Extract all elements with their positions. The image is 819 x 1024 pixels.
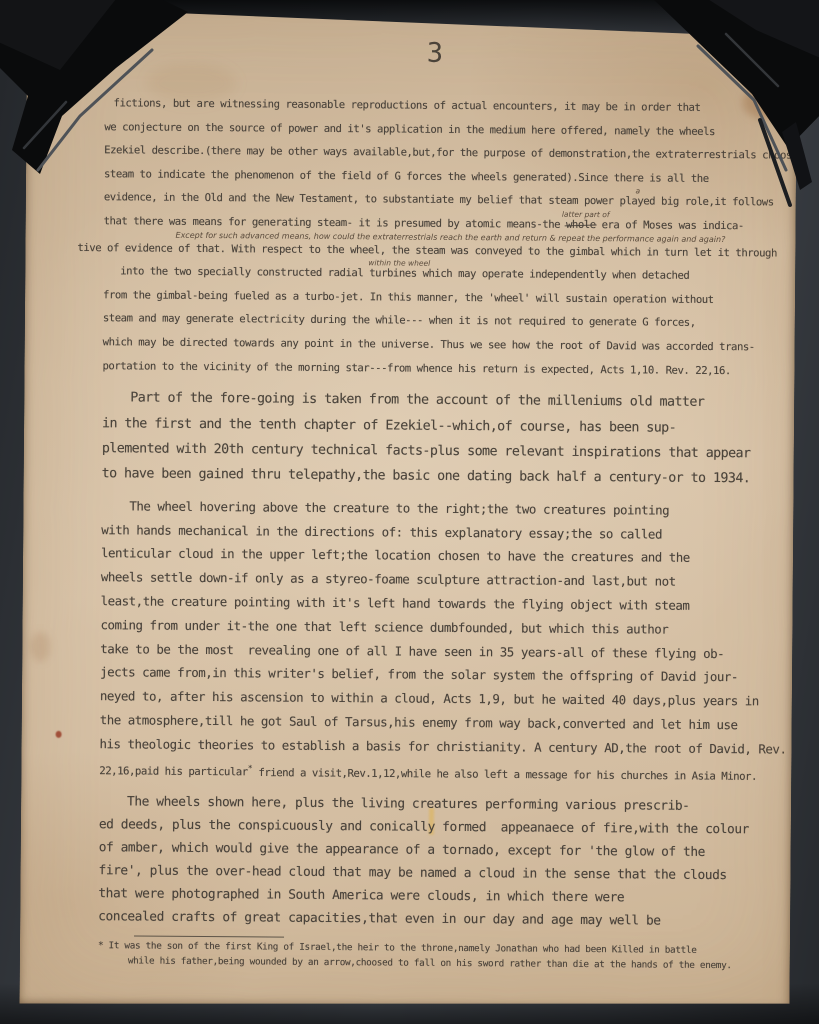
smudge-stain [30, 632, 50, 662]
typed-text-column: 3 fictions, but are witnessing reasonabl… [98, 36, 765, 974]
text-segment: playeda [620, 196, 656, 208]
document-page: 3 fictions, but are witnessing reasonabl… [20, 2, 798, 1010]
text-segment: big role,it follows [655, 196, 774, 209]
handwritten-insertion: a [636, 188, 641, 196]
struck-word: wholelatter part of [566, 219, 596, 231]
paragraph-p1: fictions, but are witnessing reasonable … [102, 92, 764, 383]
text-segment: which may operate independently when det… [417, 268, 690, 282]
text-segment: era of Moses was indica- [596, 219, 744, 232]
handwritten-insertion: latter part of [562, 211, 610, 219]
text-line: portation to the vicinity of the morning… [102, 355, 762, 384]
red-ink-spot [56, 731, 62, 738]
body-paragraphs: fictions, but are witnessing reasonable … [98, 92, 765, 933]
paragraph-p3: The wheel hovering above the creature to… [99, 494, 761, 788]
text-segment: friend a visit,Rev.1,12,while he also le… [252, 765, 757, 782]
text-line: 22,16,paid his particular* friend a visi… [99, 756, 759, 789]
text-segment: evidence, in the Old and the New Testame… [104, 192, 620, 208]
page-number: 3 [105, 36, 765, 71]
text-line: to have been gained thru telepathy,the b… [102, 462, 762, 493]
paragraph-p2: Part of the fore-going is taken from the… [102, 385, 763, 492]
text-segment: 22,16,paid his particular* [99, 764, 252, 778]
footnote: * It was the son of the first King of Is… [98, 935, 758, 974]
text-segment: into the two specially constructed radia… [120, 265, 369, 279]
footnote-rule [134, 935, 284, 937]
photo-background: 3 fictions, but are witnessing reasonabl… [0, 0, 819, 1024]
text-segment: that there was means for generating stea… [104, 215, 566, 231]
paragraph-p4: The wheels shown here, plus the living c… [98, 790, 759, 933]
text-line: concealed crafts of great capacities,tha… [98, 905, 758, 933]
handwritten-insertion: within the wheel [368, 259, 430, 267]
text-segment: turbineswithin the wheel [369, 267, 417, 279]
